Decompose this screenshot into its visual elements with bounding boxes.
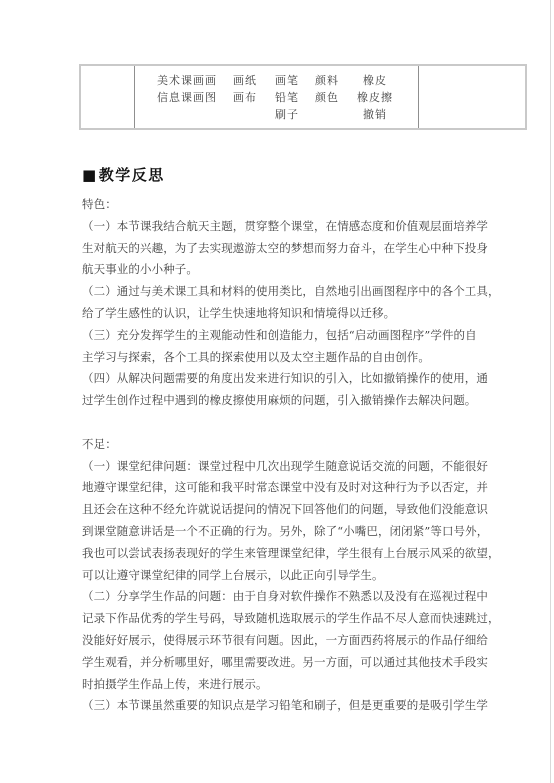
text-line: 学生观看，并分析哪里好，哪里需要改进。另一方面，可以通过其他技术手段实 xyxy=(82,652,500,674)
table-cell: 刷子 xyxy=(267,106,307,122)
materials-table-main-cell: 美术课画画 画纸 画笔 颜料 橡皮 信息课画图 画布 铅笔 颜色 橡皮擦 刷子 … xyxy=(135,66,419,128)
text-line: 过学生创作过程中遇到的橡皮擦使用麻烦的问题，引入撤销操作去解决问题。 xyxy=(82,390,500,412)
text-line: 且还会在这种不经允许就说话提问的情况下回答他们的问题，导致他们没能意识 xyxy=(82,499,500,521)
text-line: 主学习与探索，各个工具的探索使用以及太空主题作品的自由创作。 xyxy=(82,347,500,369)
page-right-edge xyxy=(550,0,551,783)
text-line: 生对航天的兴趣，为了去实现遨游太空的梦想而努力奋斗，在学生心中种下投身 xyxy=(82,238,500,260)
table-cell: 信息课画图 xyxy=(151,89,223,105)
text-line: （二）分享学生作品的问题：由于自身对软件操作不熟悉以及没有在巡视过程中 xyxy=(82,586,500,608)
reflection-section: ■教学反思 特色： （一）本节课我结合航天主题，贯穿整个课堂，在情感态度和价值观… xyxy=(82,164,500,717)
text-line: 时拍摄学生作品上传，来进行展示。 xyxy=(82,674,500,696)
text-line: 给了学生感性的认识，让学生快速地将知识和情境得以迁移。 xyxy=(82,303,500,325)
text-line: （三）充分发挥学生的主观能动性和创造能力，包括“启动画图程序”学件的自 xyxy=(82,325,500,347)
materials-table-row: 信息课画图 画布 铅笔 颜色 橡皮擦 xyxy=(151,88,418,105)
text-line: （一）本节课我结合航天主题，贯穿整个课堂，在情感态度和价值观层面培养学 xyxy=(82,216,500,238)
text-line: 没能好好展示，使得展示环节很有问题。因此，一方面西药将展示的作品仔细给 xyxy=(82,630,500,652)
table-cell: 橡皮擦 xyxy=(347,89,403,105)
section-heading-text: 教学反思 xyxy=(99,166,165,184)
table-cell: 画布 xyxy=(223,89,267,105)
text-line: （一）课堂纪律问题：课堂过程中几次出现学生随意说话交流的问题，不能很好 xyxy=(82,456,500,478)
text-line: （四）从解决问题需要的角度出发来进行知识的引入，比如撤销操作的使用，通 xyxy=(82,368,500,390)
black-square-marker-icon: ■ xyxy=(82,166,98,184)
table-cell: 画笔 xyxy=(267,72,307,88)
materials-table-empty-cell-left xyxy=(81,66,135,128)
text-line: （二）通过与美术课工具和材料的使用类比，自然地引出画图程序中的各个工具， xyxy=(82,281,500,303)
text-line: 可以让遵守课堂纪律的同学上台展示，以此正向引导学生。 xyxy=(82,565,500,587)
text-line: 记录下作品优秀的学生号码，导致随机选取展示的学生作品不尽人意而快速跳过， xyxy=(82,608,500,630)
materials-table-row: 刷子 撤销 xyxy=(151,106,418,123)
text-line: （三）本节课虽然重要的知识点是学习铅笔和刷子，但是更重要的是吸引学生学 xyxy=(82,695,500,717)
text-line: 我也可以尝试表扬表现好的学生来管理课堂纪律，学生很有上台展示风采的欲望， xyxy=(82,543,500,565)
text-line: 地遵守课堂纪律，这可能和我平时常态课堂中没有及时对这种行为予以否定，并 xyxy=(82,477,500,499)
materials-table: 美术课画画 画纸 画笔 颜料 橡皮 信息课画图 画布 铅笔 颜色 橡皮擦 刷子 … xyxy=(79,64,527,130)
document-page: { "page": { "background": "#ffffff", "ed… xyxy=(0,0,554,783)
section-heading: ■教学反思 xyxy=(82,164,500,186)
text-line: 航天事业的小小种子。 xyxy=(82,259,500,281)
blank-line xyxy=(82,412,500,434)
materials-table-row: 美术课画画 画纸 画笔 颜料 橡皮 xyxy=(151,71,418,88)
table-cell: 美术课画画 xyxy=(151,72,223,88)
table-cell: 颜料 xyxy=(307,72,347,88)
table-cell: 撤销 xyxy=(347,106,403,122)
text-line: 到课堂随意讲话是一个不正确的行为。另外，除了“小嘴巴，闭闭紧”等口号外， xyxy=(82,521,500,543)
materials-table-empty-cell-right xyxy=(419,66,525,128)
highlights-label: 特色： xyxy=(82,194,500,216)
table-cell: 画纸 xyxy=(223,72,267,88)
table-cell: 橡皮 xyxy=(347,72,403,88)
table-cell: 颜色 xyxy=(307,89,347,105)
shortcomings-label: 不足： xyxy=(82,434,500,456)
table-cell: 铅笔 xyxy=(267,89,307,105)
